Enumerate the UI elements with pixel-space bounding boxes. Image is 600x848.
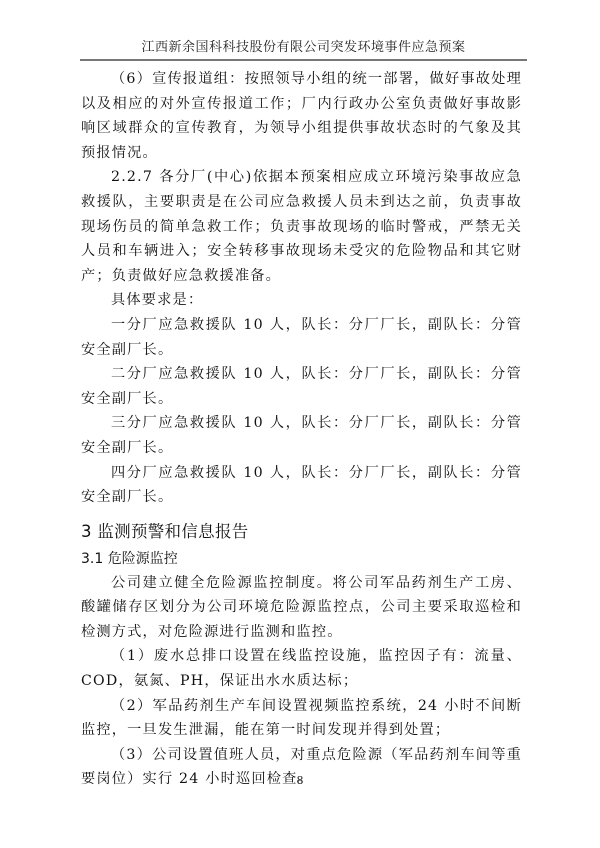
monitoring-item: （2）军品药剂生产车间设置视频监控系统，24 小时不间断监控，一旦发生泄漏，能在… [81, 694, 522, 743]
page-number: 8 [0, 774, 600, 787]
subsection-heading: 3.1 危险源监控 [81, 547, 522, 571]
paragraph-publicity-group: （6）宣传报道组：按照领导小组的统一部署，做好事故处理以及相应的对外宣传报道工作… [81, 67, 522, 165]
team-item: 一分厂应急救援队 10 人，队长：分厂厂长，副队长：分管安全副厂长。 [81, 313, 522, 362]
team-item: 二分厂应急救援队 10 人，队长：分厂厂长，副队长：分管安全副厂长。 [81, 362, 522, 411]
team-item: 三分厂应急救援队 10 人，队长：分厂厂长，副队长：分管安全副厂长。 [81, 411, 522, 460]
section-heading: 3 监测预警和信息报告 [81, 519, 522, 545]
page-content: （6）宣传报道组：按照领导小组的统一部署，做好事故处理以及相应的对外宣传报道工作… [81, 67, 522, 792]
monitoring-item: （1）废水总排口设置在线监控设施，监控因子有：流量、COD，氨氮、PH，保证出水… [81, 644, 522, 693]
team-item: 四分厂应急救援队 10 人，队长：分厂厂长，副队长：分管安全副厂长。 [81, 461, 522, 510]
requirements-intro: 具体要求是： [81, 288, 522, 313]
paragraph-monitoring-intro: 公司建立健全危险源监控制度。将公司军品药剂生产工房、酸罐储存区划分为公司环境危险… [81, 571, 522, 645]
header-rule [80, 59, 527, 61]
running-header: 江西新余国科科技股份有限公司突发环境事件应急预案 [80, 38, 527, 58]
paragraph-2-2-7: 2.2.7 各分厂(中心)依据本预案相应成立环境污染事故应急救援队，主要职责是在… [81, 165, 522, 288]
